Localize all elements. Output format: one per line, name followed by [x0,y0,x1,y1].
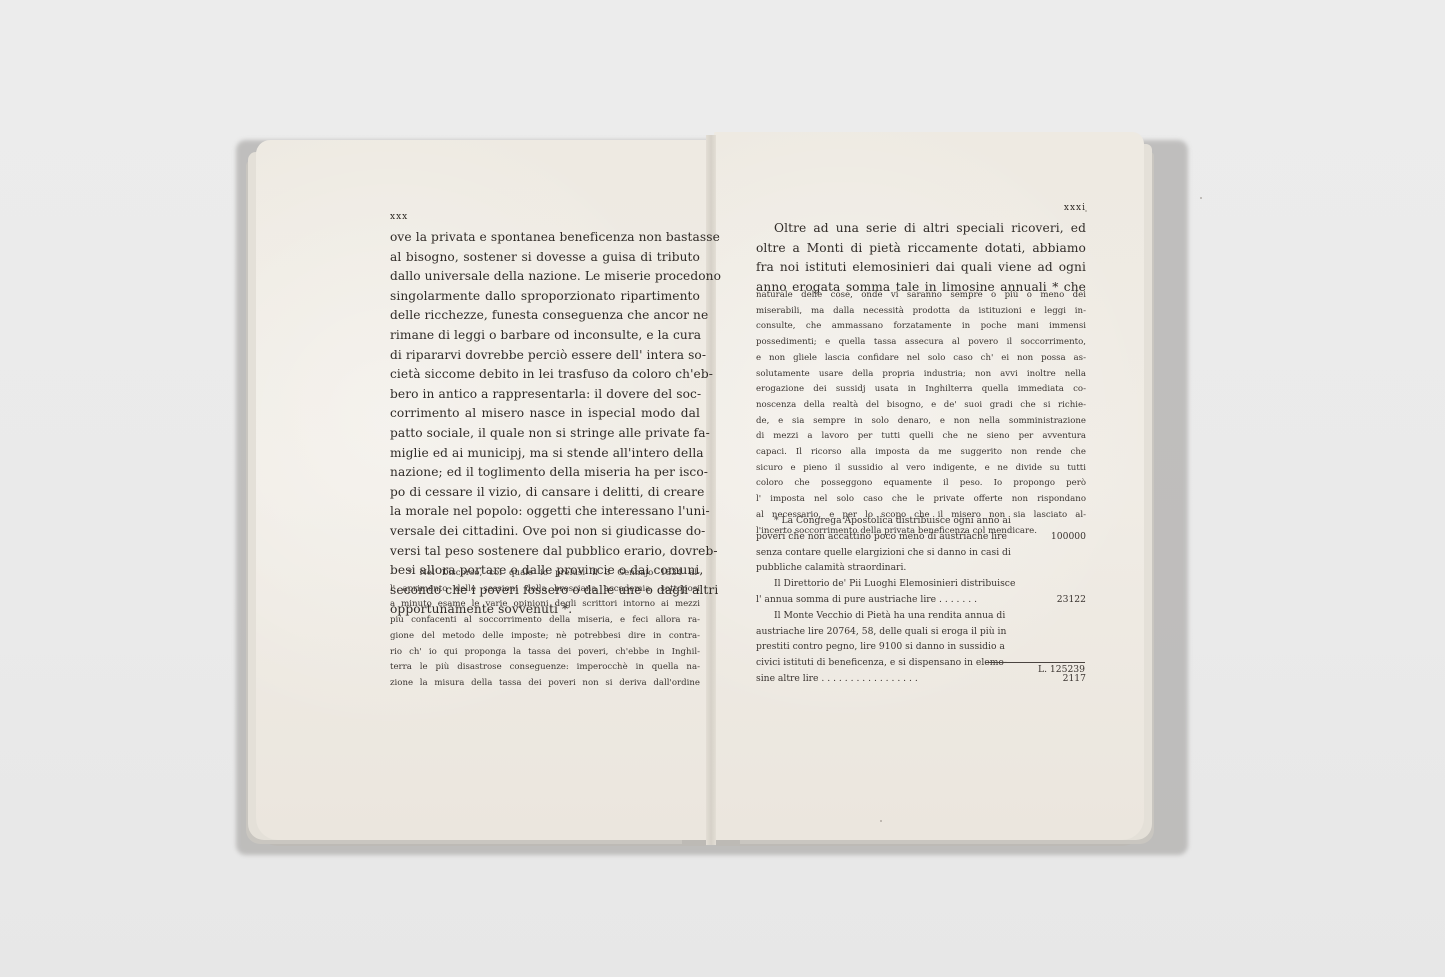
footnote-row: Il Direttorio de' Pii Luoghi Elemosinier… [756,576,1086,592]
footnote-line: * Nel Discorso, col quale io prelusi il … [390,566,700,582]
body-line: versi tal peso sostenere dal pubblico er… [390,542,700,562]
right-page-text: xxxi Oltre ad una serie di altri special… [756,203,1086,297]
footnote-row-text: prestiti contro pegno, lire 9100 si dann… [756,639,1005,655]
dust-speck [1085,210,1087,212]
footnote-line: zione la misura della tassa dei poveri n… [390,676,700,692]
footnote-line: più confacenti al soccorrimento della mi… [390,613,700,629]
footnote-line: coloro che posseggono equamente il peso.… [756,476,1086,492]
body-line: Oltre ad una serie di altri speciali ric… [756,219,1086,239]
footnote-row: senza contare quelle elargizioni che si … [756,545,1086,561]
footnote-total: L. 125239 [985,662,1085,675]
dust-speck [880,820,882,822]
body-line: ove la privata e spontanea beneficenza n… [390,228,700,248]
body-line: rimane di leggi o barbare od inconsulte,… [390,326,700,346]
footnote-line: possedimenti; e quella tassa assecura al… [756,335,1086,351]
body-line: patto sociale, il quale non si stringe a… [390,424,700,444]
right-footnote-table: * La Congrega Apostolica distribuisce og… [756,513,1086,687]
body-line: fra noi istituti elemosinieri dai quali … [756,258,1086,278]
footnote-line: l' imposta nel solo caso che le private … [756,492,1086,508]
footnote-line: miserabili, ma dalla necessità prodotta … [756,304,1086,320]
left-folio: xxx [390,212,700,222]
right-footnote-continued: naturale delle cose, onde vi saranno sem… [756,288,1086,539]
body-line: delle ricchezze, funesta conseguenza che… [390,306,700,326]
footnote-row: Il Monte Vecchio di Pietà ha una rendita… [756,608,1086,624]
footnote-row-text: pubbliche calamità straordinari. [756,560,906,576]
footnote-line: gione del metodo delle imposte; nè potre… [390,629,700,645]
body-line: po di cessare il vizio, di cansare i del… [390,483,700,503]
footnote-line: e non gliele lascia confidare nel solo c… [756,351,1086,367]
footnote-row-amount: 100000 [1051,529,1086,545]
footnote-row: austriache lire 20764, 58, delle quali s… [756,624,1086,640]
footnote-row: poveri che non accattino poco meno di au… [756,529,1086,545]
footnote-row-amount: 23122 [1057,592,1086,608]
footnote-row-text: Il Direttorio de' Pii Luoghi Elemosinier… [774,576,1015,592]
left-footnote: * Nel Discorso, col quale io prelusi il … [390,566,700,692]
body-line: di ripararvi dovrebbe perciò essere dell… [390,346,700,366]
footnote-row: l' annua somma di pure austriache lire .… [756,592,1086,608]
footnote-line: rio ch' io qui proponga la tassa dei pov… [390,645,700,661]
footnote-line: noscenza della realtà del bisogno, e de'… [756,398,1086,414]
footnote-row: pubbliche calamità straordinari. [756,560,1086,576]
footnote-row: * La Congrega Apostolica distribuisce og… [756,513,1086,529]
body-line: cietà siccome debito in lei trasfuso da … [390,365,700,385]
footnote-line: terra le più disastrose conseguenze: imp… [390,660,700,676]
dust-speck [1200,197,1202,199]
book-photograph: xxx ove la privata e spontanea beneficen… [0,0,1445,977]
footnote-line: l' aprimento delle sessioni della bresci… [390,582,700,598]
footnote-row-text: l' annua somma di pure austriache lire .… [756,592,977,608]
footnote-row: prestiti contro pegno, lire 9100 si dann… [756,639,1086,655]
body-line: singolarmente dallo sproporzionato ripar… [390,287,700,307]
footnote-row-text: civici istituti di beneficenza, e si dis… [756,655,1007,671]
footnote-line: solutamente usare della propria industri… [756,367,1086,383]
footnote-line: capaci. Il ricorso alla imposta da me su… [756,445,1086,461]
footnote-line: sicuro e pieno il sussidio al vero indig… [756,461,1086,477]
body-line: bero in antico a rappresentarla: il dove… [390,385,700,405]
footnote-line: di mezzi a lavoro per tutti quelli che n… [756,429,1086,445]
footnote-line: consulte, che ammassano forzatamente in … [756,319,1086,335]
footnote-line: erogazione dei sussidj usata in Inghilte… [756,382,1086,398]
footnote-row-text: Il Monte Vecchio di Pietà ha una rendita… [774,608,1005,624]
body-line: nazione; ed il toglimento della miseria … [390,463,700,483]
footnote-row-text: austriache lire 20764, 58, delle quali s… [756,624,1006,640]
footnote-line: a minuto esame le varie opinioni degli s… [390,597,700,613]
body-line: al bisogno, sostener si dovesse a guisa … [390,248,700,268]
footnote-row-text: senza contare quelle elargizioni che si … [756,545,1011,561]
body-line: versale dei cittadini. Ove poi non si gi… [390,522,700,542]
footnote-line: naturale delle cose, onde vi saranno sem… [756,288,1086,304]
body-line: oltre a Monti di pietà riccamente dotati… [756,239,1086,259]
body-line: dallo universale della nazione. Le miser… [390,267,700,287]
footnote-row-text: sine altre lire . . . . . . . . . . . . … [756,671,918,687]
body-line: corrimento al misero nasce in ispecial m… [390,404,700,424]
left-page-text: xxx ove la privata e spontanea beneficen… [390,212,700,620]
body-line: miglie ed ai municipj, ma si stende all'… [390,444,700,464]
footnote-row-text: * La Congrega Apostolica distribuisce og… [774,513,1011,529]
body-line: la morale nel popolo: oggetti che intere… [390,502,700,522]
footnote-line: de, e sia sempre in solo denaro, e non n… [756,414,1086,430]
right-folio: xxxi [756,203,1086,213]
footnote-row-text: poveri che non accattino poco meno di au… [756,529,1007,545]
